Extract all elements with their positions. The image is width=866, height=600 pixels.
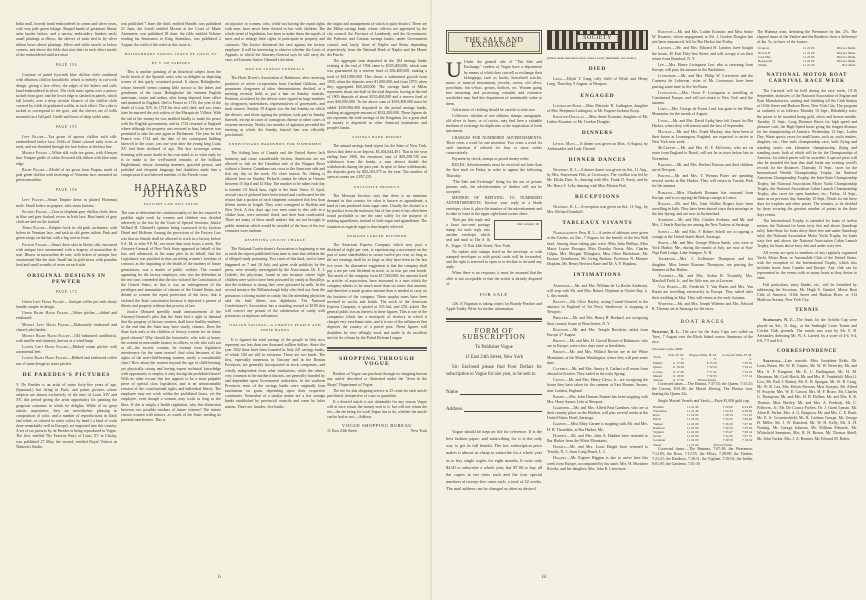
list-item: Fourth Figure.—Smart dress skirt in libe… <box>16 243 117 269</box>
paragraph: The annual savings bank report for the S… <box>327 144 427 180</box>
list-item: Bayley.—Mr. Clive Bayley, acting Consul-… <box>547 300 648 315</box>
item-label: Lenox, Mass. <box>553 142 576 146</box>
item-label: Second Figure. <box>22 210 48 214</box>
byline: By V. de Paredes <box>121 61 221 66</box>
name-field[interactable]: Name <box>446 388 542 395</box>
section-heading: Page 173 <box>16 290 117 295</box>
paragraph: V. De Paredes is an artist of some forty… <box>16 383 117 450</box>
figure-list: Upper Left Hand Figure.—Antique coffee p… <box>16 300 117 367</box>
paragraph: If a desired article is not obtainable f… <box>327 400 427 421</box>
society-heading: Tableaux Vivants <box>547 221 648 226</box>
paragraph: The National Confectioner's Association … <box>225 247 325 319</box>
society-note: [Notes under this head, three cents a wo… <box>547 56 648 61</box>
item-label: Livermore. <box>658 74 677 78</box>
list-item: Newport, R. I.—A dinner dance was given … <box>547 168 648 189</box>
item-label: Kountze-Douglas. <box>553 115 585 119</box>
sale-exchange-title: The Sale and Exchange <box>448 32 540 52</box>
list-item: Kountze-Douglas.—Miss Annie Kountze, dau… <box>547 115 648 125</box>
item-label: Garnee. <box>553 422 567 426</box>
list-item: Clews.—Mr. and Mrs. Henry Clews, Jr., ar… <box>547 378 648 393</box>
paragraph: Payment by check, stamps or postal money… <box>446 157 542 162</box>
section-heading: Page 155 <box>16 125 117 130</box>
dateline: Seabright, N. J. <box>763 318 793 322</box>
list-item: Lower Left Hand Figure.—Ribbed cream pit… <box>16 345 117 355</box>
section-heading: Exclusive Product <box>327 185 427 190</box>
bureau-street: 11 East 24th Street <box>327 428 357 433</box>
society-banner: Society <box>547 30 648 50</box>
sloop-results-table: Humma11 22 407 20 066 54 20Weetamoe11 22… <box>652 405 753 447</box>
paragraph: No replies with stamps fixed on the enve… <box>446 250 542 271</box>
item-label: Parsons. <box>658 163 673 167</box>
item-label: Middle Left Hand Figure. <box>22 323 70 327</box>
list-item: Thompson.—Mrs. J. Tollhouser Thompson an… <box>652 257 753 272</box>
item-label: Right Figure. <box>22 168 46 172</box>
left-col-1: India mull, heavily hand embroidered in … <box>16 22 117 451</box>
list-item: Second Figure.—Coat in elephant grey chi… <box>16 210 117 225</box>
list-item: Brown.—Mr. and Mrs. Willard Brown are in… <box>547 350 648 365</box>
paragraph: The fishing laws of Canada and the Unite… <box>225 151 325 234</box>
item-label: Brown. <box>553 339 566 343</box>
table-cell: Viking <box>757 63 789 67</box>
subscription-body: Sir: Enclosed please find Four Dollars f… <box>446 365 542 378</box>
paragraph: RULES: Advertisements must be received n… <box>446 163 542 178</box>
drop-cap: U <box>446 61 462 79</box>
section-heading: Factory Law Not Valid <box>121 202 221 207</box>
paragraph: Readers of Vogue can purchase through it… <box>327 372 427 387</box>
list-item: Right Figure.—Model of tea gown from Paq… <box>16 168 117 183</box>
list-item: Higgins.—Mr. Eugene Higgins is due to ar… <box>547 456 648 471</box>
subscription-title: Form of Subscription <box>446 328 542 338</box>
item-label: Gardiner. <box>553 406 570 410</box>
item-label: Lower Left Hand Figure. <box>22 345 69 349</box>
section-heading: Savings Bank Report <box>327 135 427 140</box>
item-label: Livingston. <box>658 91 678 95</box>
list-item: Gardiner.—Mr. and Mrs. Alfred Paul Gardi… <box>547 406 648 421</box>
item-label: Schell. <box>658 230 671 234</box>
paragraph: METHOD OF REPLYING TO NUMBERED ADVERTISE… <box>446 196 542 217</box>
section-heading: Page 154 <box>16 63 117 68</box>
section-heading: Boat Races <box>652 320 753 325</box>
list-item: Lenox, Mass.—A dinner was given on Mon.,… <box>547 142 648 152</box>
list-item: Emmet.—Mrs. John Duncan Emmet has been s… <box>547 395 648 405</box>
item-label: Smith. <box>658 241 669 245</box>
paragraph-text: —Late arrivals: Miss Josephine Robb, Mr.… <box>757 359 857 440</box>
item-label: Ludington-Koop. <box>553 104 582 108</box>
paragraph: 126. A Virginian is taking orders for Br… <box>446 302 542 312</box>
society-heading: Died <box>547 67 648 72</box>
figure-list: Left Figure.—Smart Empire dress in plait… <box>16 198 117 268</box>
item-label: Lord. <box>658 107 668 111</box>
list-item: Parsons.—Mr. and Mrs. Herbert Parsons an… <box>652 163 753 173</box>
paragraph: an injustice to women, who, while not ha… <box>225 22 325 63</box>
paragraph: CHARGES FOR NUMBERED ADVERTISEMENTS: Thr… <box>446 136 542 157</box>
list-item: Bowdoin.—Mr. and Mrs. Temple Bowdoin, sa… <box>547 328 648 338</box>
left-col-4: the origin and management of which is qu… <box>327 22 427 433</box>
item-label: Narragansett Pier, R. I. <box>553 231 595 235</box>
list-item: Middle Right Hand Figure.—Old fashioned … <box>16 334 117 344</box>
right-col-3: Kountze.—Mr. and Mrs. Luther Kountze, an… <box>652 30 753 468</box>
list-item: Romano.—Miss Elizabeth Romano has return… <box>652 191 753 201</box>
table-cell: Not timed. <box>815 63 857 67</box>
paragraph: India mull, heavily hand embroidered in … <box>16 22 117 58</box>
section-heading: Demand Larger Dividend <box>327 234 427 239</box>
item-label: Left Figure. <box>22 135 45 139</box>
list-item: Lower Right Hand Figure.—Ribbed and embo… <box>16 356 117 366</box>
list-item: McCreery.—Mr. and Mrs. H. F. McCreery, w… <box>652 146 753 161</box>
subscription-address: 11 East 24th Street, New York <box>446 355 542 360</box>
item-label: Left Figure. <box>22 198 44 202</box>
right-page: The Sale and Exchange UUnder the general… <box>432 0 866 600</box>
society-heading: Engaged <box>547 94 648 99</box>
page-number: iii <box>542 575 546 580</box>
sample-envelope: 1042 1 August, '06 <box>494 220 542 240</box>
schooner2-results-table: Iroquois11 22 00Did not finish.Norota II… <box>757 46 857 67</box>
section-heading: Original Designs in Pewter <box>16 274 117 284</box>
item-label: Lower Right Hand Figure. <box>22 356 68 360</box>
list-item: Third Figure.—Empire frock in old pink c… <box>16 226 117 241</box>
list-item: Upper Left Hand Figure.—Antique coffee p… <box>16 300 117 310</box>
section-heading: Bolingbroke Taking Leave of Louis XV <box>121 52 221 57</box>
page-number: ii <box>218 575 221 580</box>
item-label: Thompson. <box>658 257 676 261</box>
list-item: Upper Right Hand Figure.—Water pitcher,—… <box>16 311 117 321</box>
paragraph: UUnder the general title of "The Sale an… <box>446 60 542 106</box>
list-item: Twombly.—Mr. and Mrs. Arthur B. Twombly,… <box>652 274 753 284</box>
item-text: —A series of tableaux were given at the … <box>547 231 648 266</box>
item-text: —Mrs. Henry Livingston Lee, who is retur… <box>652 63 753 72</box>
item-label: Brown. <box>553 350 566 354</box>
society-sections: DiedLang.—Edyth T. Lang, only child of E… <box>547 67 648 472</box>
paragraph: The aggregate sum deposited in the 184 s… <box>327 59 427 131</box>
paragraph: was published 7 June; the third, entitle… <box>121 22 221 48</box>
list-item: Middle Figure.—White silk voile tea gown… <box>16 151 117 166</box>
list-item: Mackay.—Mr. and Mrs. Frank Mackay, who h… <box>652 130 753 145</box>
paragraph: All events are open to members of any re… <box>757 251 857 282</box>
item-text: —Mrs. George de Forest Lord, has gone to… <box>652 107 753 116</box>
section-heading: Correspondence <box>757 349 857 354</box>
list-item: Left Figure.—Smart Empire dress in plait… <box>16 198 117 208</box>
table-cell: Start. H. M. S. <box>664 353 685 361</box>
name-label: Name <box>446 390 458 395</box>
paragraph: This is another painting of an historica… <box>121 70 221 178</box>
item-label: Hadden. <box>553 434 567 438</box>
section-heading: De Paredes's Pictures <box>16 373 117 378</box>
item-label: Widener. <box>658 302 674 306</box>
item-label: Upper Left Hand Figure. <box>22 300 65 304</box>
list-item: Anderson.—Mr. and Mrs. William de La Roc… <box>547 284 648 299</box>
dateline: Newport, R. I. <box>652 330 679 334</box>
paragraph: It is figured the total savings of the p… <box>225 338 325 410</box>
paragraph: The International Trophy, is intended fo… <box>757 219 857 250</box>
paragraph: Newport, R. I.—The race for the Astor Cu… <box>652 330 753 345</box>
list-item: Rogers.—Mr. and Mrs. John Shillito Roger… <box>652 202 753 217</box>
section-heading: Page 156 <box>16 188 117 193</box>
address-input-line[interactable] <box>464 405 542 412</box>
list-item: Left Figure.—Tea gown of apricot chiffon… <box>16 135 117 150</box>
item-label: Newport, R. I. <box>553 205 577 209</box>
dateline: Saratoga. <box>763 359 781 363</box>
item-label: Third Figure. <box>22 226 46 230</box>
paragraph: Corrected times.—The Humma, 7:07:38; the… <box>652 447 753 468</box>
section-heading: Tennis <box>757 308 857 313</box>
schooner-results-table: Yacht.Start. H. M. S.Elapsed Time. H. M.… <box>652 353 753 382</box>
item-label: Lydig. <box>658 119 669 123</box>
item-label: Bayley. <box>553 300 566 304</box>
bureau-city: New York <box>411 428 427 433</box>
list-item: Narragansett Pier, R. I.—A series of tab… <box>547 231 648 267</box>
item-label: Landon. <box>658 46 672 50</box>
subscription-to: To Publisher Vogue <box>446 345 542 350</box>
list-item: Brown.—Mr. and Mrs. H. Carroll Brown of … <box>547 339 648 349</box>
item-label: Fourth Figure. <box>22 243 48 247</box>
list-item: Cutbert.—Mr. and Mrs. Amory S. Carhart w… <box>547 367 648 377</box>
address-field[interactable]: Address <box>446 405 542 412</box>
table-cell: 11 22 30 <box>789 63 815 67</box>
list-item: Garnee.—Miss Mary Garnee is stopping wit… <box>547 422 648 432</box>
section-title: Shopping Through Vogue <box>327 357 427 367</box>
section-title: Haphazard Jottings <box>121 186 221 196</box>
list-item: Van Buren.—Dr. Frederick T. Van Buren an… <box>652 285 753 300</box>
figure-list: Left Figure.—Tea gown of apricot chiffon… <box>16 135 117 183</box>
society-heading: Dinners <box>547 131 648 136</box>
item-label: Rogers. <box>658 202 671 206</box>
list-item: Lang.—Edyth T. Lang, only child of Edyth… <box>547 77 648 87</box>
paragraph: Full particulars, entry blanks, etc., wi… <box>757 283 857 304</box>
item-label: Porter. <box>658 174 671 178</box>
list-item: Widener.—Mr. and Mrs. Joseph Widener and… <box>652 302 753 312</box>
list-item: Haight.—Mr. and Mrs. Louis Haight have r… <box>547 445 648 455</box>
item-text: —Edyth T. Lang, only child of Edyth and … <box>547 77 648 86</box>
list-item: Newport, R. I.—A reception was given on … <box>547 205 648 215</box>
race-class: Schooners, prize, $800. <box>652 347 753 352</box>
table-cell: Corrected Time. H. M. S. <box>718 353 753 361</box>
item-label: Lee. <box>658 63 665 67</box>
list-item: Scribner.—Mr. and Mrs. Charles Scribner,… <box>652 218 753 228</box>
list-item: Porter.—Mr. and Mrs. T. Wyman Porter are… <box>652 174 753 189</box>
section-heading: Unnecessary Hardships for Fishermen <box>225 142 325 147</box>
item-label: Anderson. <box>553 284 571 288</box>
list-item: Landon.—Mr. and Mrs. Edward H. Landon, h… <box>652 46 753 61</box>
list-item: Beekard.—Mr. and Mrs. Henry H. Beekard, … <box>547 316 648 326</box>
paragraph: The case to determine the constitutional… <box>121 211 221 309</box>
paragraph: The Carnival will be held during the rac… <box>757 89 857 218</box>
left-page: India mull, heavily hand embroidered in … <box>0 0 432 600</box>
list-item: Lee.—Mrs. Henry Livingston Lee, who is r… <box>652 63 753 73</box>
item-label: Clews. <box>553 378 565 382</box>
item-label: Bowdoin. <box>553 328 569 332</box>
right-col-1: The Sale and Exchange UUnder the general… <box>446 30 542 493</box>
paragraph: When there is no response, it must be as… <box>446 271 542 286</box>
list-item: Schell.—Mr. and Mrs. F. Robert Schell ar… <box>652 230 753 240</box>
paragraph: Corrected times.—The Elmina, 7:37:53; th… <box>652 382 753 397</box>
item-label: Beekard. <box>553 316 569 320</box>
bureau-address: 11 East 24th Street New York <box>327 428 427 433</box>
table-row: Viking11 22 30Not timed. <box>757 63 857 67</box>
paragraph: Seabright, N. J.—The finals for the Ache… <box>757 318 857 344</box>
society-title: Society <box>576 34 619 43</box>
list-item: Middle Left Hand Figure.—Elaborately emb… <box>16 323 117 333</box>
subscription-note: Vogue should be kept on file for referen… <box>446 428 542 492</box>
item-label: Emmet. <box>553 395 565 399</box>
right-col-4: The Humma wins, defeating the Weetamoe b… <box>757 30 857 443</box>
divider <box>446 318 542 322</box>
address-label: Address <box>446 407 462 412</box>
section-heading: Italian Savings—A Thrifty People and The… <box>225 323 325 333</box>
table-cell: Yacht. <box>652 353 664 361</box>
section-heading: Ban on Sunday Funerals <box>225 67 325 72</box>
paragraph: Costume of pastel hyacinth blue chiffon … <box>16 73 117 119</box>
table-cell: Elapsed Time. H. M. S. <box>685 353 718 361</box>
list-item: Livermore.—Mr. and Mrs. Philip W. Liverm… <box>652 74 753 89</box>
paragraph: The American Express Company which now p… <box>327 243 427 341</box>
list-item: Kountze.—Mr. and Mrs. Luther Kountze, an… <box>652 30 753 45</box>
list-item: Smith.—Mr. and Mrs. George Wilson Smith,… <box>652 241 753 256</box>
list-item: Hadden.—Mr. and Mrs. John A. Hadden have… <box>547 434 648 444</box>
item-label: McCreery. <box>658 146 677 150</box>
list-item: Lord.—Mrs. George de Forest Lord, has go… <box>652 107 753 117</box>
right-col-2: Society [Notes under this head, three ce… <box>547 30 648 473</box>
paragraph: Advertisers of clothing should be carefu… <box>446 108 542 113</box>
paragraph: "The Sale and Exchange" being for the us… <box>446 180 542 195</box>
society-heading: Intimations <box>547 273 648 278</box>
list-item: Lydig.—Mr. and Mrs. David Lydig have lef… <box>652 119 753 129</box>
list-item: Livingston.—Mrs. Oscar F. Livingston is … <box>652 91 753 106</box>
paragraph: The Mexican Investor says that there is … <box>327 194 427 230</box>
section-heading: For Sale <box>446 292 542 297</box>
society-heading: Receptions <box>547 195 648 200</box>
item-label: Higgins. <box>553 456 567 460</box>
item-label: Upper Right Hand Figure. <box>22 311 69 315</box>
paragraph: Collectors, whether of rare editions, st… <box>446 114 542 135</box>
race-class: Single Masted Vessels and Yawls.—Prize $… <box>652 399 753 404</box>
paragraph: The Humma wins, defeating the Weetamoe b… <box>757 30 857 45</box>
section-title: National Motor Boat Carnival Race Week <box>757 73 857 83</box>
sale-exchange-banner: The Sale and Exchange <box>446 30 542 54</box>
society-continued: Kountze.—Mr. and Mrs. Luther Kountze, an… <box>652 30 753 312</box>
paragraph: Saratoga.—Late arrivals: Miss Josephine … <box>757 359 857 442</box>
item-label: Middle Right Hand Figure. <box>22 334 71 338</box>
item-label: Cutbert. <box>553 367 568 371</box>
paragraph: The Hack Driver's Association of Baltimo… <box>225 76 325 138</box>
divider <box>327 347 427 351</box>
item-label: Newport, R. I. <box>553 168 577 172</box>
item-label: Haight. <box>553 445 566 449</box>
paragraph: Justice Olmsted speedily made announceme… <box>121 310 221 423</box>
left-col-2: was published 7 June; the third, entitle… <box>121 22 221 424</box>
item-label: Romano. <box>658 191 673 195</box>
left-col-3: an injustice to women, who, while not ha… <box>225 22 325 411</box>
item-label: Twombly. <box>658 274 675 278</box>
list-item: Ludington-Koop.—Miss Marjorie B. Ludingt… <box>547 104 648 114</box>
paragraph: the origin and management of which is qu… <box>327 22 427 58</box>
name-input-line[interactable] <box>460 388 542 395</box>
item-label: Lang. <box>553 77 563 81</box>
item-label: Scribner. <box>658 218 674 222</box>
paragraph: The fee for this shopping service is 25 … <box>327 389 427 399</box>
item-label: Middle Figure. <box>22 151 48 155</box>
section-heading: Resenting Unjust Charge <box>225 238 325 243</box>
item-label: Mackay. <box>658 130 673 134</box>
item-label: Van Buren. <box>658 285 679 289</box>
society-heading: Dinner Dances <box>547 158 648 163</box>
item-label: Kountze. <box>658 30 674 34</box>
